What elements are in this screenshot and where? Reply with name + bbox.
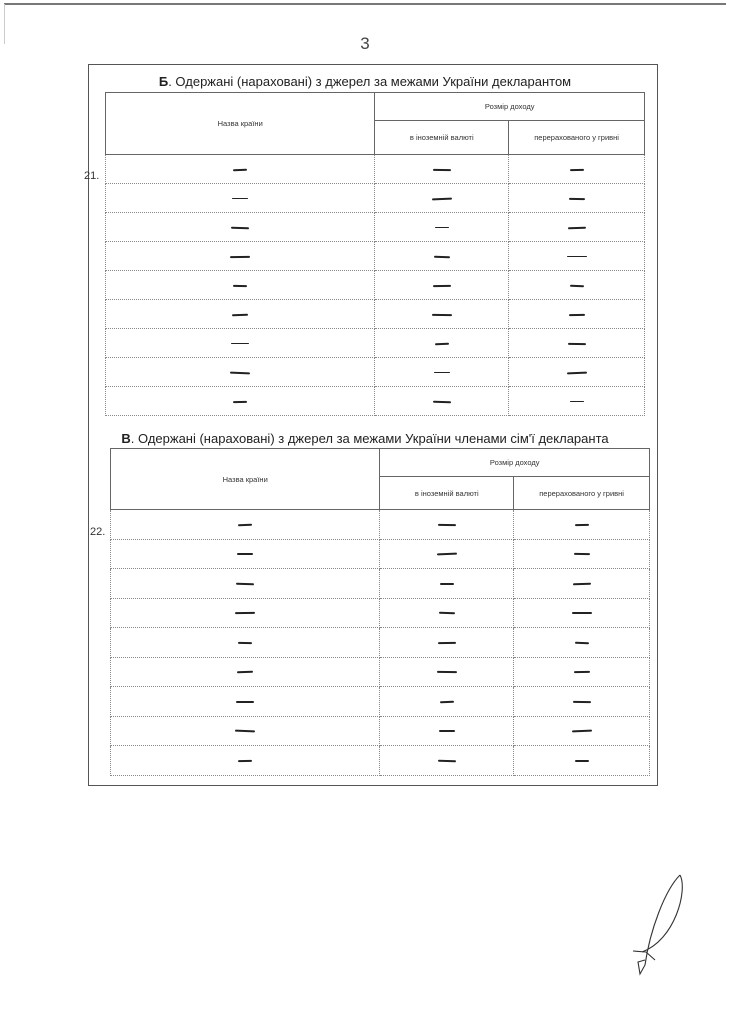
handwritten-dash [440, 583, 454, 585]
row-number-21: 21. [84, 170, 99, 182]
handwritten-dash [567, 371, 587, 373]
table-row [111, 539, 650, 569]
table-row [106, 387, 645, 416]
handwritten-dash [569, 198, 585, 200]
handwritten-dash [574, 671, 590, 673]
handwritten-dash [568, 226, 586, 228]
table-row [111, 628, 650, 658]
table-row [106, 155, 645, 184]
handwritten-dash [235, 730, 255, 732]
foreign-currency-cell [375, 358, 509, 387]
foreign-currency-cell [380, 598, 514, 628]
handwritten-dash [435, 227, 449, 229]
handwritten-dash [232, 313, 248, 315]
handwritten-dash [569, 314, 585, 316]
handwritten-dash [573, 701, 591, 703]
country-cell [111, 716, 380, 746]
section-v-letter: В [121, 431, 130, 446]
table-row [106, 213, 645, 242]
converted-uah-cell [509, 184, 645, 213]
section-b-title: Б. Одержані (нараховані) з джерел за меж… [0, 74, 730, 89]
handwritten-dash [238, 524, 252, 526]
handwritten-dash [233, 285, 247, 287]
foreign-currency-cell [375, 271, 509, 300]
converted-uah-cell [509, 242, 645, 271]
handwritten-dash [236, 583, 254, 585]
country-cell [111, 569, 380, 599]
country-cell [111, 598, 380, 628]
handwritten-dash [570, 401, 584, 403]
handwritten-dash [230, 371, 250, 373]
foreign-currency-cell [375, 155, 509, 184]
foreign-currency-cell [375, 300, 509, 329]
section-v-title-text: . Одержані (нараховані) з джерел за межа… [131, 431, 609, 446]
section-v-title: В. Одержані (нараховані) з джерел за меж… [0, 431, 730, 446]
table-row [106, 184, 645, 213]
handwritten-dash [432, 314, 452, 316]
handwritten-dash [570, 169, 584, 171]
header-foreign-currency: в іноземній валюті [375, 121, 509, 155]
handwritten-dash [434, 255, 450, 257]
foreign-currency-cell [380, 510, 514, 540]
handwritten-dash [435, 342, 449, 344]
handwritten-dash [235, 612, 255, 614]
header-country: Назва країни [111, 449, 380, 510]
foreign-currency-cell [380, 569, 514, 599]
handwritten-dash [433, 400, 451, 402]
handwritten-dash [236, 701, 254, 703]
table-row [106, 358, 645, 387]
handwritten-dash [575, 524, 589, 526]
handwritten-dash [439, 730, 455, 732]
converted-uah-cell [509, 300, 645, 329]
foreign-currency-cell [375, 329, 509, 358]
table-row [106, 242, 645, 271]
handwritten-dash [437, 671, 457, 673]
country-cell [111, 687, 380, 717]
converted-uah-cell [514, 539, 650, 569]
handwritten-dash [440, 701, 454, 703]
converted-uah-cell [509, 155, 645, 184]
section-b-table: Назва країни Розмір доходу в іноземній в… [105, 92, 645, 416]
handwritten-dash [232, 198, 248, 200]
handwritten-dash [237, 671, 253, 673]
header-converted-uah: перерахованого у гривні [514, 477, 650, 510]
handwritten-dash [231, 343, 249, 345]
handwritten-dash [238, 642, 252, 644]
country-cell [106, 155, 375, 184]
page-number: 3 [0, 34, 730, 54]
converted-uah-cell [514, 569, 650, 599]
foreign-currency-cell [380, 687, 514, 717]
handwritten-dash [231, 226, 249, 228]
foreign-currency-cell [375, 184, 509, 213]
table-row [111, 598, 650, 628]
handwritten-dash [573, 583, 591, 585]
handwritten-dash [567, 256, 587, 258]
foreign-currency-cell [375, 242, 509, 271]
handwritten-dash [230, 256, 250, 258]
converted-uah-cell [509, 213, 645, 242]
handwritten-dash [575, 642, 589, 644]
country-cell [106, 329, 375, 358]
country-cell [106, 387, 375, 416]
foreign-currency-cell [375, 213, 509, 242]
handwritten-dash [437, 553, 457, 555]
handwritten-dash [438, 642, 456, 644]
header-income-size: Розмір доходу [375, 93, 645, 121]
handwritten-dash [438, 524, 456, 526]
converted-uah-cell [509, 329, 645, 358]
converted-uah-cell [509, 358, 645, 387]
signature-mark [630, 870, 690, 1000]
foreign-currency-cell [380, 539, 514, 569]
country-cell [111, 746, 380, 776]
table-row [111, 510, 650, 540]
table-row [111, 569, 650, 599]
converted-uah-cell [514, 687, 650, 717]
handwritten-dash [575, 760, 589, 762]
converted-uah-cell [514, 598, 650, 628]
foreign-currency-cell [380, 628, 514, 658]
converted-uah-cell [509, 271, 645, 300]
handwritten-dash [433, 169, 451, 171]
handwritten-dash [572, 730, 592, 732]
country-cell [111, 628, 380, 658]
converted-uah-cell [514, 657, 650, 687]
foreign-currency-cell [380, 746, 514, 776]
table-row [111, 716, 650, 746]
handwritten-dash [438, 760, 456, 762]
country-cell [106, 300, 375, 329]
handwritten-dash [434, 372, 450, 374]
foreign-currency-cell [380, 657, 514, 687]
converted-uah-cell [514, 510, 650, 540]
handwritten-dash [233, 168, 247, 170]
header-converted-uah: перерахованого у гривні [509, 121, 645, 155]
handwritten-dash [433, 285, 451, 287]
header-foreign-currency: в іноземній валюті [380, 477, 514, 510]
country-cell [111, 657, 380, 687]
header-country: Назва країни [106, 93, 375, 155]
handwritten-dash [237, 553, 253, 555]
country-cell [106, 271, 375, 300]
section-v-table: Назва країни Розмір доходу в іноземній в… [110, 448, 650, 776]
handwritten-dash [572, 612, 592, 614]
converted-uah-cell [514, 628, 650, 658]
foreign-currency-cell [380, 716, 514, 746]
table-row [111, 746, 650, 776]
header-income-size: Розмір доходу [380, 449, 650, 477]
country-cell [111, 539, 380, 569]
table-row [106, 300, 645, 329]
country-cell [106, 242, 375, 271]
table-row [106, 271, 645, 300]
handwritten-dash [233, 401, 247, 403]
section-b-letter: Б [159, 74, 168, 89]
table-row [111, 687, 650, 717]
handwritten-dash [574, 553, 590, 555]
country-cell [106, 184, 375, 213]
handwritten-dash [432, 197, 452, 199]
handwritten-dash [568, 343, 586, 345]
page-top-edge [4, 3, 726, 5]
country-cell [111, 510, 380, 540]
table-row [111, 657, 650, 687]
country-cell [106, 213, 375, 242]
handwritten-dash [570, 284, 584, 286]
converted-uah-cell [509, 387, 645, 416]
handwritten-dash [439, 612, 455, 614]
foreign-currency-cell [375, 387, 509, 416]
table-row [106, 329, 645, 358]
section-b-title-text: . Одержані (нараховані) з джерел за межа… [168, 74, 571, 89]
converted-uah-cell [514, 716, 650, 746]
converted-uah-cell [514, 746, 650, 776]
row-number-22: 22. [90, 526, 105, 538]
country-cell [106, 358, 375, 387]
handwritten-dash [238, 760, 252, 762]
